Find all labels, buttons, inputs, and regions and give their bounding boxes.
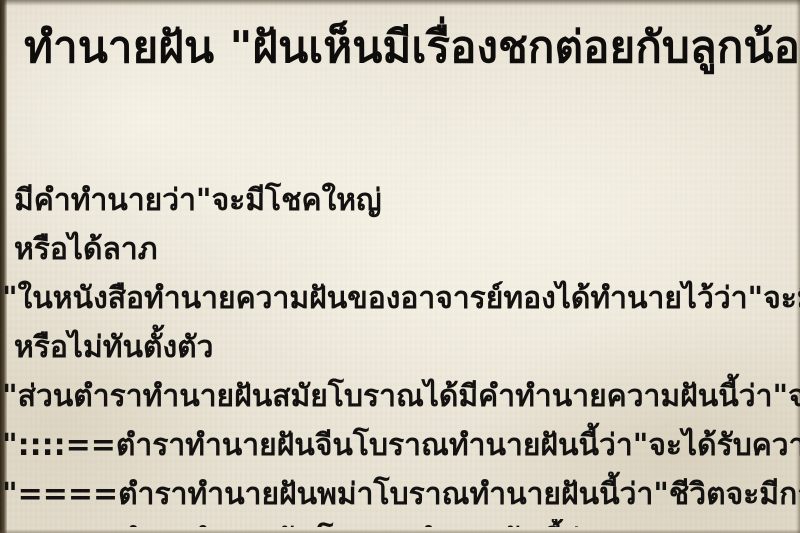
interpretation-line: "ส่วนตำราทำนายฝันสมัยโบราณได้มีคำทำนายคว… <box>0 372 800 421</box>
paper-bottom-edge <box>0 529 800 533</box>
interpretation-line: "ในหนังสือทำนายความฝันของอาจารย์ทองได้ทำ… <box>0 274 800 323</box>
paper-top-edge <box>0 0 800 6</box>
interpretation-line: หรือไม่ทันตั้งตัว <box>0 323 800 372</box>
interpretation-line: "====ตำราทำนายฝันพม่าโบราณทำนายฝันนี้ว่า… <box>0 470 800 519</box>
interpretation-line-partial: "====ตำราทำนายฝันโบราณทำนายฝันนี้ว่า <box>0 519 800 527</box>
interpretation-line: "::::==ตำราทำนายฝันจีนโบราณทำนายฝันนี้ว่… <box>0 421 800 470</box>
interpretation-text-block: มีคำทำนายว่า"จะมีโชคใหญ่ หรือได้ลาภ "ในห… <box>0 176 800 527</box>
interpretation-line: มีคำทำนายว่า"จะมีโชคใหญ่ <box>0 176 800 225</box>
interpretation-line: หรือได้ลาภ <box>0 225 800 274</box>
page-title: ทำนายฝัน "ฝันเห็นมีเรื่องชกต่อยกับลูกน้อ… <box>24 16 800 80</box>
dream-interpretation-page: ทำนายฝัน "ฝันเห็นมีเรื่องชกต่อยกับลูกน้อ… <box>0 0 800 533</box>
